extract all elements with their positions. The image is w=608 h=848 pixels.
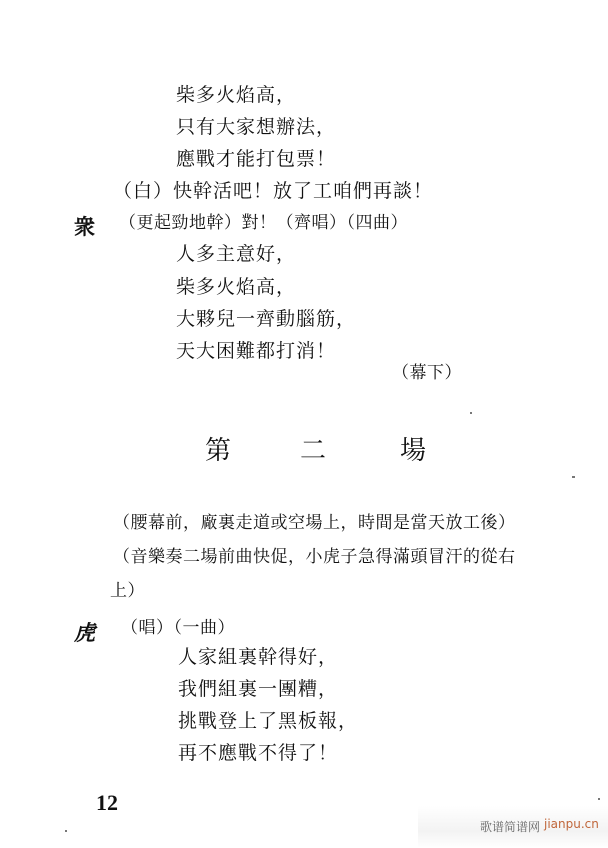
tiger-verse-line-2: 我們組裏一團糟， — [178, 678, 338, 700]
stage-direction-2: （音樂奏二場前曲快促，小虎子急得滿頭冒汗的從右 — [113, 546, 516, 568]
verse-a-line-2: 只有大家想辦法， — [176, 116, 336, 138]
scene-title-char-1: 第 — [205, 430, 231, 467]
speaker-chorus: 衆 — [74, 211, 95, 241]
stage-direction-3: 上） — [110, 580, 145, 602]
tiger-verse-line-1: 人家組裏幹得好， — [178, 646, 338, 668]
tiger-verse-line-4: 再不應戰不得了！ — [178, 742, 338, 764]
watermark-en: jianpu.cn — [544, 817, 599, 831]
speaker-tiger: 虎 — [74, 617, 95, 647]
page-number: 12 — [96, 790, 118, 816]
tiger-verse-line-3: 挑戰登上了黑板報， — [178, 710, 358, 732]
chorus-direction: （更起勁地幹）對！（齊唱）（四曲） — [119, 212, 408, 234]
chorus-verse-line-4: 天大困難都打消！ — [176, 340, 336, 362]
scan-speck — [470, 412, 472, 414]
scan-speck — [65, 830, 67, 832]
chorus-verse-line-3: 大夥兒一齊動腦筋， — [176, 308, 356, 330]
scene-title-char-3: 場 — [400, 430, 426, 467]
watermark-cn: 歌谱简谱网 — [480, 818, 540, 835]
scan-speck — [598, 798, 600, 800]
watermark: 歌谱简谱网 jianpu.cn — [418, 806, 608, 848]
scan-speck — [572, 476, 575, 478]
chorus-verse-line-2: 柴多火焰高， — [176, 276, 296, 298]
aside-line: （白）快幹活吧！放了工咱們再談！ — [113, 180, 433, 202]
scene-title-char-2: 二 — [300, 430, 326, 467]
stage-direction-1: （腰幕前，廠裏走道或空場上，時間是當天放工後） — [113, 512, 516, 534]
verse-a-line-3: 應戰才能打包票！ — [176, 148, 336, 170]
curtain-down: （幕下） — [392, 362, 462, 384]
chorus-verse-line-1: 人多主意好， — [176, 243, 296, 265]
verse-a-line-1: 柴多火焰高， — [176, 84, 296, 106]
tiger-direction: （唱）（一曲） — [121, 617, 235, 639]
